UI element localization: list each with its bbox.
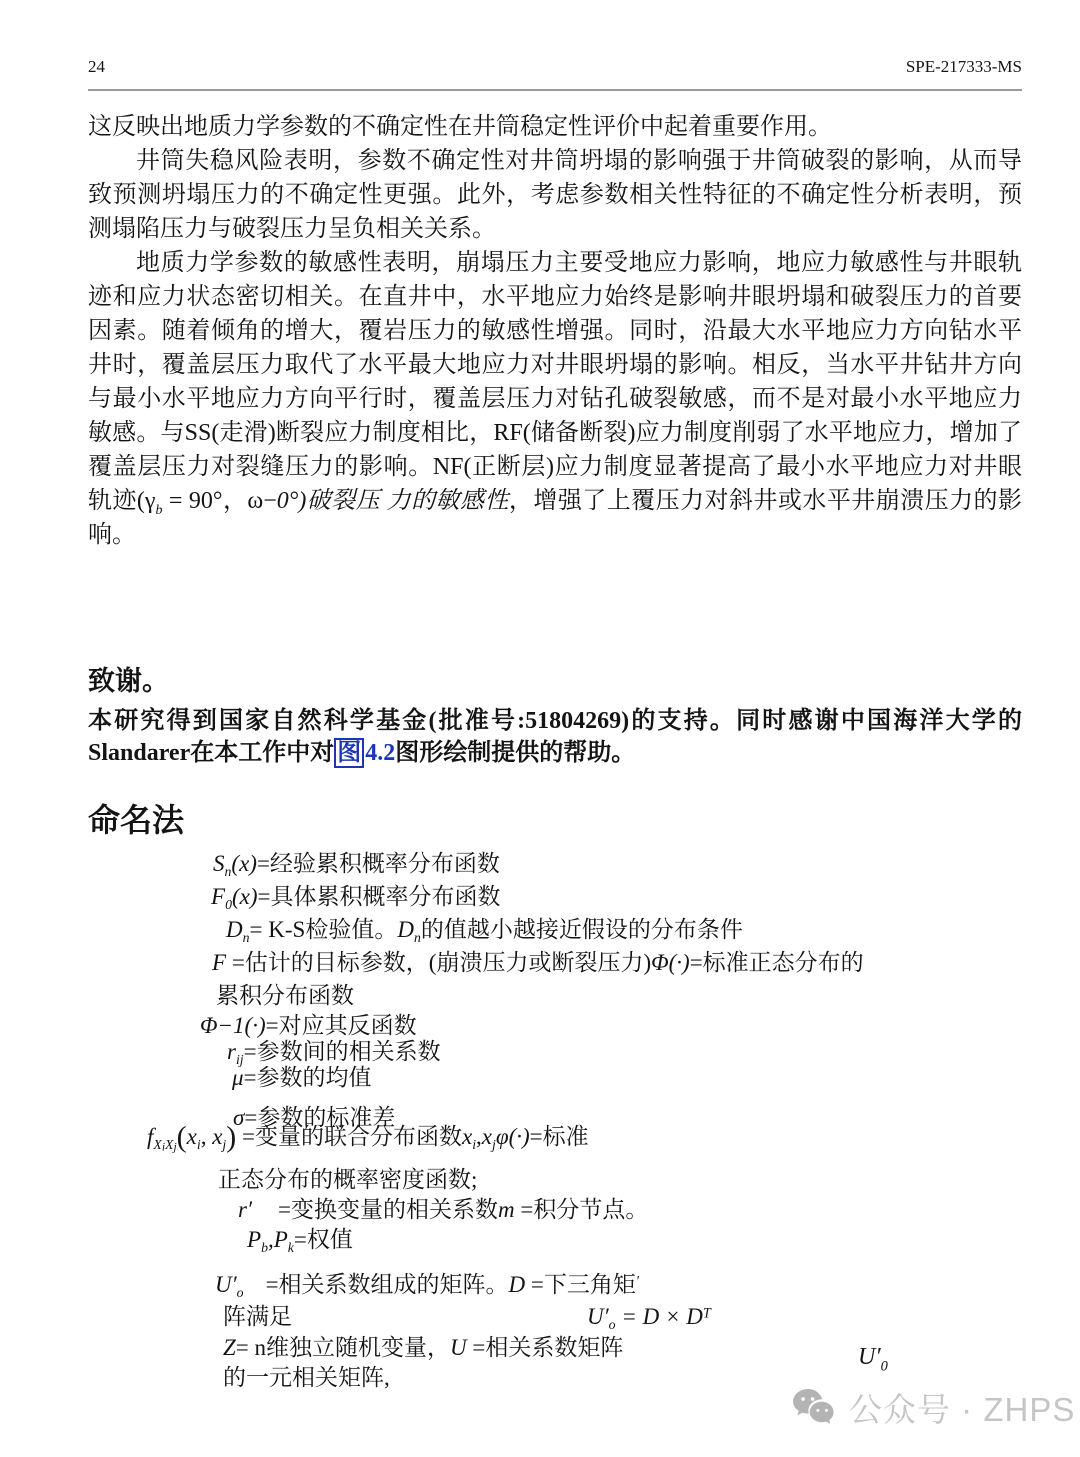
- nomenclature-segment: D: [397, 917, 414, 942]
- nomenclature-segment: U: [450, 1335, 467, 1360]
- page-header: 24 SPE-217333-MS: [88, 57, 1022, 77]
- nomenclature-segment: m: [498, 1197, 515, 1222]
- nomenclature-entry: U′o=相关系数组成的矩阵。D =下三角矩′: [215, 1270, 1022, 1300]
- figure-4-2-link[interactable]: 图4.2: [334, 740, 395, 766]
- nomenclature-segment: =相关系数组成的矩阵。: [266, 1272, 509, 1297]
- symbol-subscript: 0: [881, 1358, 888, 1374]
- nomenclature-segment: x: [206, 1124, 222, 1149]
- nomenclature-segment: n: [243, 930, 250, 945]
- acknowledgements-text: 本研究得到国家自然科学基金(批准号:51804269)的支持。同时感谢中国海洋大…: [88, 705, 1022, 769]
- nomenclature-entry: μ=参数的均值: [232, 1063, 1022, 1093]
- nomenclature-segment: = K-S检验值。: [250, 917, 398, 942]
- nomenclature-segment: T: [703, 1306, 711, 1322]
- nomenclature-segment: =对应其反函数: [266, 1013, 417, 1038]
- document-page: 24 SPE-217333-MS 这反映出地质力学参数的不确定性在井筒稳定性评价…: [0, 0, 1080, 1457]
- nomenclature-segment: Z: [223, 1335, 236, 1360]
- nomenclature-segment: S: [213, 851, 225, 876]
- nomenclature-entry-content: 阵满足U′o = D × DT: [223, 1304, 711, 1329]
- nomenclature-entry-content: 累积分布函数: [216, 983, 354, 1008]
- body-text: 这反映出地质力学参数的不确定性在井筒稳定性评价中起着重要作用。 井筒失稳风险表明…: [88, 110, 1022, 552]
- header-divider: [88, 89, 1022, 91]
- nomenclature-segment: ′: [636, 1274, 639, 1290]
- nomenclature-entry: r′=变换变量的相关系数m =积分节点。: [238, 1195, 1022, 1225]
- nomenclature-segment: r′: [238, 1197, 252, 1222]
- nomenclature-list: Sn(x)=经验累积概率分布函数 F0(x)=具体累积概率分布函数 Dn= K-…: [88, 849, 1022, 1393]
- nomenclature-segment: 的值越小越接近假设的分布条件: [421, 917, 743, 942]
- nomenclature-segment: =估计的目标参数，(崩溃压力或断裂压力): [226, 950, 651, 975]
- nomenclature-segment: r: [227, 1039, 236, 1064]
- figure-link-number[interactable]: 4.2: [365, 740, 395, 766]
- nomenclature-segment: 的一元相关矩阵,: [223, 1365, 390, 1390]
- nomenclature-segment: (x): [232, 884, 258, 909]
- nomenclature-segment: 累积分布函数: [216, 983, 354, 1008]
- nomenclature-entry: 正态分布的概率密度函数;: [218, 1165, 1022, 1195]
- nomenclature-segment: X: [153, 1137, 161, 1152]
- nomenclature-segment: 0: [225, 897, 232, 912]
- symbol-base: U′: [858, 1344, 881, 1370]
- acknowledgements-heading: 致谢。: [88, 666, 1022, 696]
- nomenclature-segment: = n维独立随机变量，: [236, 1335, 450, 1360]
- nomenclature-segment: =变换变量的相关系数: [278, 1197, 498, 1222]
- watermark-text: 公众号 · ZHPS: [849, 1384, 1075, 1431]
- paragraph-1: 这反映出地质力学参数的不确定性在井筒稳定性评价中起着重要作用。: [88, 110, 1022, 144]
- nomenclature-segment: φ(·): [496, 1124, 530, 1149]
- nomenclature-entry-content: Dn= K-S检验值。Dn的值越小越接近假设的分布条件: [226, 917, 743, 942]
- nomenclature-segment: ,P: [268, 1227, 288, 1252]
- nomenclature-entry: Pb,Pk=权值: [247, 1225, 1022, 1255]
- paragraph-text: 地质力学参数的敏感性表明，崩塌压力主要受地应力影响，地应力敏感性与井眼轨迹和应力…: [88, 250, 1022, 514]
- nomenclature-segment: (x): [231, 851, 257, 876]
- nomenclature-segment: o: [237, 1285, 244, 1300]
- nomenclature-entry: F =估计的目标参数，(崩溃压力或断裂压力)Φ(·)=标准正态分布的: [212, 948, 1022, 978]
- italic-phrase: 0°)破裂压 力的敏感性: [277, 488, 509, 514]
- nomenclature-segment: F: [212, 950, 226, 975]
- nomenclature-entry-content: 正态分布的概率密度函数;: [218, 1167, 477, 1192]
- nomenclature-segment: =下三角矩: [525, 1272, 636, 1297]
- nomenclature-segment: = D × D: [616, 1304, 703, 1329]
- floating-symbol-u0: U′0: [858, 1344, 888, 1371]
- nomenclature-segment: =经验累积概率分布函数: [257, 851, 500, 876]
- nomenclature-segment: 正态分布的概率密度函数;: [218, 1167, 477, 1192]
- nomenclature-segment: =变量的联合分布函数: [236, 1124, 462, 1149]
- nomenclature-segment: =参数间的相关系数: [244, 1039, 441, 1064]
- nomenclature-segment: D: [509, 1272, 526, 1297]
- nomenclature-segment: μ: [232, 1065, 244, 1090]
- nomenclature-segment: =标准: [530, 1124, 589, 1149]
- nomenclature-segment: U′: [215, 1272, 237, 1297]
- nomenclature-entry-content: Φ−1(·)=对应其反函数: [200, 1013, 417, 1038]
- document-id: SPE-217333-MS: [906, 57, 1022, 77]
- nomenclature-segment: F: [211, 884, 225, 909]
- nomenclature-segment: b: [261, 1240, 268, 1255]
- paragraph-2: 井筒失稳风险表明，参数不确定性对井筒坍塌的影响强于井筒破裂的影响，从而导致预测坍…: [88, 144, 1022, 246]
- nomenclature-entry-content: F =估计的目标参数，(崩溃压力或断裂压力)Φ(·)=标准正态分布的: [212, 950, 864, 975]
- nomenclature-segment: n: [414, 930, 421, 945]
- nomenclature-segment: U′: [587, 1304, 609, 1329]
- nomenclature-entry: 累积分布函数: [216, 981, 1022, 1011]
- nomenclature-entry-content: Z= n维独立随机变量，U =相关系数矩阵: [223, 1335, 623, 1360]
- nomenclature-entry: Z= n维独立随机变量，U =相关系数矩阵: [223, 1333, 1022, 1363]
- nomenclature-segment: =权值: [294, 1227, 353, 1252]
- nomenclature-entry: 阵满足U′o = D × DT: [223, 1302, 1022, 1332]
- nomenclature-segment: P: [247, 1227, 261, 1252]
- nomenclature-entry-content: U′o=相关系数组成的矩阵。D =下三角矩′: [215, 1272, 639, 1297]
- nomenclature-segment: D: [226, 917, 243, 942]
- wechat-icon: [791, 1388, 839, 1428]
- nomenclature-entry-content: F0(x)=具体累积概率分布函数: [211, 884, 500, 909]
- nomenclature-entry-content: fXiXj(xi, xj) =变量的联合分布函数xi,xjφ(·)=标准: [147, 1124, 589, 1149]
- page-number: 24: [88, 57, 105, 77]
- figure-link-boxed-char[interactable]: 图: [334, 738, 364, 768]
- nomenclature-segment: =相关系数矩阵: [467, 1335, 624, 1360]
- nomenclature-segment: =标准正态分布的: [690, 950, 864, 975]
- nomenclature-segment: =积分节点。: [515, 1197, 649, 1222]
- nomenclature-entry-content: Sn(x)=经验累积概率分布函数: [213, 851, 500, 876]
- acknowledgements-section: 致谢。 本研究得到国家自然科学基金(批准号:51804269)的支持。同时感谢中…: [88, 666, 1022, 769]
- nomenclature-segment: =具体累积概率分布函数: [258, 884, 501, 909]
- watermark: 公众号 · ZHPS: [791, 1384, 1075, 1431]
- nomenclature-entry: Dn= K-S检验值。Dn的值越小越接近假设的分布条件: [226, 915, 1022, 945]
- nomenclature-segment: =参数的均值: [244, 1065, 372, 1090]
- nomenclature-entry-content: 的一元相关矩阵,: [223, 1365, 390, 1390]
- nomenclature-entry: Sn(x)=经验累积概率分布函数: [213, 849, 1022, 879]
- nomenclature-segment: o: [609, 1317, 616, 1332]
- nomenclature-segment: (: [177, 1120, 187, 1153]
- nomenclature-entry-content: μ=参数的均值: [232, 1065, 372, 1090]
- nomenclature-entry-content: rij=参数间的相关系数: [227, 1039, 441, 1064]
- nomenclature-segment: 阵满足: [223, 1304, 292, 1329]
- nomenclature-entry: F0(x)=具体累积概率分布函数: [211, 882, 1022, 912]
- nomenclature-segment: x: [482, 1124, 492, 1149]
- nomenclature-segment: x: [187, 1124, 197, 1149]
- paragraph-3: 地质力学参数的敏感性表明，崩塌压力主要受地应力影响，地应力敏感性与井眼轨迹和应力…: [88, 246, 1022, 552]
- nomenclature-segment: Φ−1(·): [200, 1013, 266, 1038]
- nomenclature-entry-content: Pb,Pk=权值: [247, 1227, 353, 1252]
- ack-text: 图形绘制提供的帮助。: [395, 740, 635, 766]
- nomenclature-entry-content: r′=变换变量的相关系数m =积分节点。: [238, 1197, 648, 1222]
- nomenclature-segment: Φ(·): [651, 950, 690, 975]
- paragraph-text: = 90°，ω−: [162, 488, 276, 514]
- nomenclature-entry: fXiXj(xi, xj) =变量的联合分布函数xi,xjφ(·)=标准: [147, 1122, 1022, 1152]
- nomenclature-segment: x: [462, 1124, 472, 1149]
- nomenclature-heading: 命名法: [88, 800, 184, 840]
- nomenclature-segment: ): [226, 1120, 236, 1153]
